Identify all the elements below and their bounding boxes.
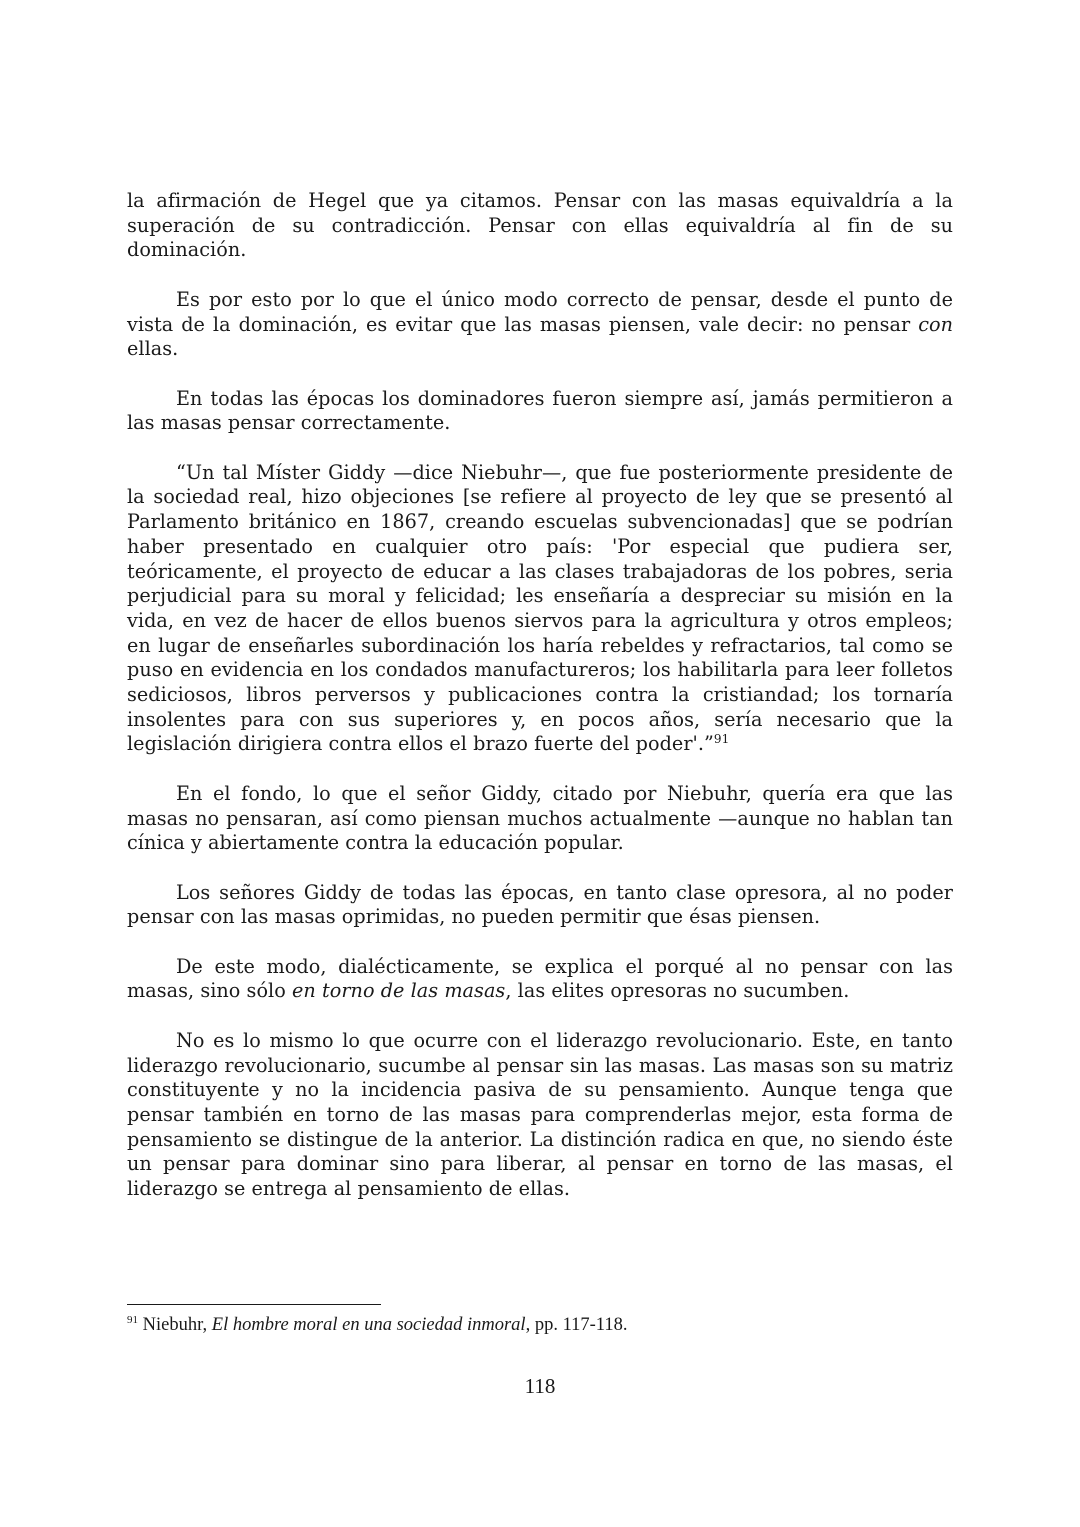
footnote-text: Niebuhr, xyxy=(138,1315,212,1335)
paragraph-hegel-contradiction: la afirmación de Hegel que ya citamos. P… xyxy=(127,189,953,263)
paragraph-senores-giddy: Los señores Giddy de todas las épocas, e… xyxy=(127,881,953,930)
footnote-number: 91 xyxy=(127,1314,138,1326)
footnote-91: 91 Niebuhr, El hombre moral en una socie… xyxy=(127,1314,953,1336)
paragraph-text: , las elites opresoras no sucumben. xyxy=(505,979,849,1002)
paragraph-giddy-quote: “Un tal Míster Giddy —dice Niebuhr—, que… xyxy=(127,461,953,757)
paragraph-revolutionary-leadership: No es lo mismo lo que ocurre con el lide… xyxy=(127,1029,953,1202)
page-number: 118 xyxy=(0,1374,1080,1398)
paragraph-dialectics: De este modo, dialécticamente, se explic… xyxy=(127,955,953,1004)
paragraph-correct-thinking: Es por esto por lo que el único modo cor… xyxy=(127,288,953,362)
paragraph-dominators: En todas las épocas los dominadores fuer… xyxy=(127,387,953,436)
paragraph-text: ellas. xyxy=(127,337,178,360)
footnote-separator xyxy=(127,1304,381,1305)
footnote-book-title: El hombre moral en una sociedad inmoral xyxy=(212,1315,526,1335)
footnote-pages: , pp. 117-118. xyxy=(526,1315,628,1335)
paragraph-giddy-analysis: En el fondo, lo que el señor Giddy, cita… xyxy=(127,782,953,856)
block-quote-text: “Un tal Míster Giddy —dice Niebuhr—, que… xyxy=(127,461,953,756)
emphasis-con: con xyxy=(918,313,953,336)
emphasis-en-torno: en torno de las masas xyxy=(292,979,505,1002)
paragraph-text: Es por esto por lo que el único modo cor… xyxy=(127,288,953,336)
footnote-reference-91[interactable]: 91 xyxy=(714,732,729,746)
document-page-body: la afirmación de Hegel que ya citamos. P… xyxy=(127,189,953,1226)
